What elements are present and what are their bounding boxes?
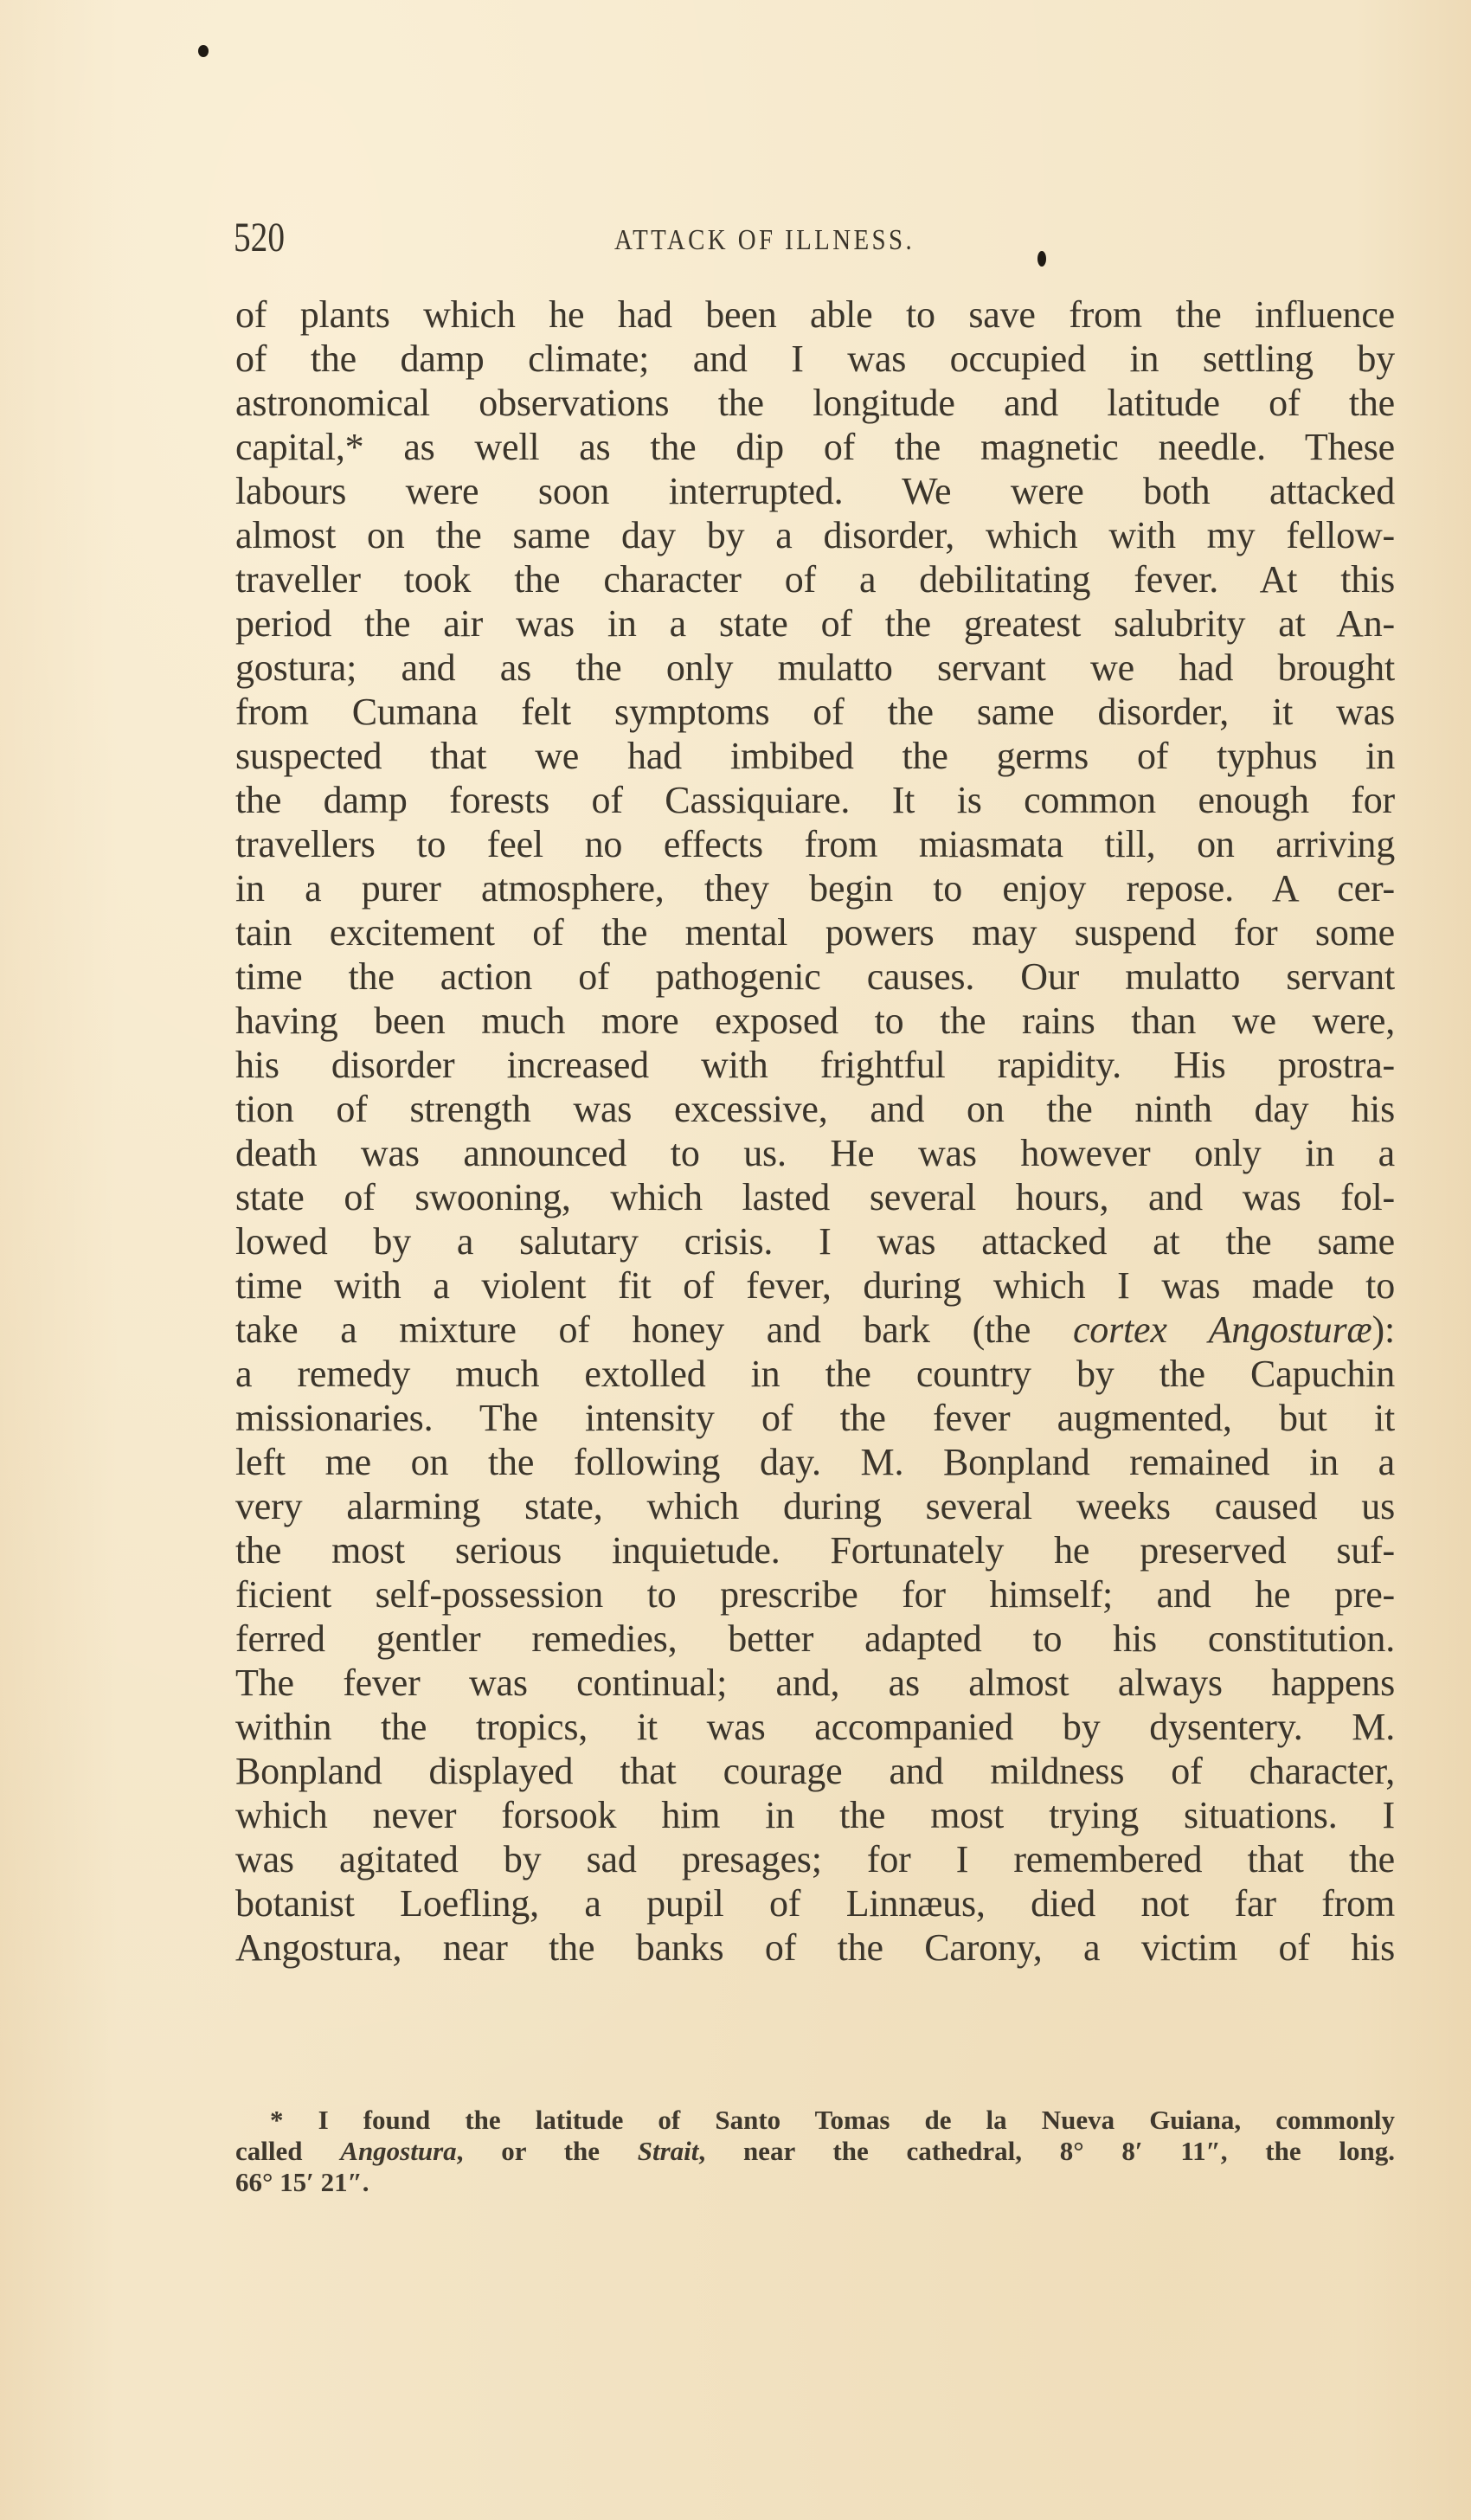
text-line: ficient self-possession to prescribe for… [235, 1572, 1395, 1617]
text-line: from Cumana felt symptoms of the same di… [235, 690, 1395, 734]
text-line: within the tropics, it was accompanied b… [235, 1705, 1395, 1749]
text-line: ferred gentler remedies, better adapted … [235, 1617, 1395, 1661]
text-segment: ): [1372, 1308, 1395, 1351]
text-line: was agitated by sad presages; for I reme… [235, 1837, 1395, 1881]
footnote-line: 66° 15′ 21″. [235, 2167, 1395, 2198]
text-line: tion of strength was excessive, and on t… [235, 1087, 1395, 1131]
running-title: ATTACK OF ILLNESS. [614, 219, 915, 262]
text-line: lowed by a salutary crisis. I was attack… [235, 1219, 1395, 1263]
running-head: 520 ATTACK OF ILLNESS. [234, 212, 1393, 264]
text-line: traveller took the character of a debili… [235, 557, 1395, 601]
text-line: the most serious inquietude. Fortunately… [235, 1528, 1395, 1572]
text-line: of the damp climate; and I was occupied … [235, 337, 1395, 381]
text-line: suspected that we had imbibed the germs … [235, 734, 1395, 778]
page-number: 520 [234, 212, 285, 264]
text-line: state of swooning, which lasted several … [235, 1175, 1395, 1219]
text-line: astronomical observations the longitude … [235, 381, 1395, 425]
text-line: which never forsook him in the most tryi… [235, 1793, 1395, 1837]
text-line: almost on the same day by a disorder, wh… [235, 513, 1395, 557]
text-line: labours were soon interrupted. We were b… [235, 469, 1395, 513]
text-line: travellers to feel no effects from miasm… [235, 822, 1395, 866]
text-line: death was announced to us. He was howeve… [235, 1131, 1395, 1175]
italic-term: Angostura [340, 2136, 456, 2166]
text-line: missionaries. The intensity of the fever… [235, 1396, 1395, 1440]
text-line: left me on the following day. M. Bonplan… [235, 1440, 1395, 1484]
text-line: gostura; and as the only mulatto servant… [235, 646, 1395, 690]
footnote-text: I found the latitude of Santo Tomas de l… [318, 2105, 1395, 2135]
body-text: of plants which he had been able to save… [235, 292, 1395, 1970]
text-line: tain excitement of the mental powers may… [235, 910, 1395, 955]
italic-term: Strait [638, 2136, 699, 2166]
text-line-with-italic: take a mixture of honey and bark (the co… [235, 1308, 1395, 1352]
text-line: of plants which he had been able to save… [235, 292, 1395, 337]
text-line: botanist Loefling, a pupil of Linnæus, d… [235, 1881, 1395, 1925]
ink-spot-top-left [198, 45, 209, 57]
text-line: The fever was continual; and, as almost … [235, 1661, 1395, 1705]
footnote-marker: * [270, 2105, 284, 2135]
footnote-text: , near the cathedral, 8° 8′ 11″, the lon… [698, 2136, 1395, 2166]
text-line: period the air was in a state of the gre… [235, 601, 1395, 646]
text-line: time the action of pathogenic causes. Ou… [235, 955, 1395, 999]
text-line: a remedy much extolled in the country by… [235, 1352, 1395, 1396]
text-line: Bonpland displayed that courage and mild… [235, 1749, 1395, 1793]
footnote-text: , or the [457, 2136, 638, 2166]
text-line: time with a violent fit of fever, during… [235, 1263, 1395, 1308]
text-line: having been much more exposed to the rai… [235, 999, 1395, 1043]
text-line: Angostura, near the banks of the Carony,… [235, 1925, 1395, 1970]
footnote-text: called [235, 2136, 340, 2166]
italic-term: cortex Angosturæ [1073, 1308, 1372, 1351]
text-segment: take a mixture of honey and bark (the [235, 1308, 1073, 1351]
text-line: very alarming state, which during severa… [235, 1484, 1395, 1528]
footnote-line: called Angostura, or the Strait, near th… [235, 2136, 1395, 2167]
footnote: * I found the latitude of Santo Tomas de… [235, 2105, 1395, 2198]
text-line: his disorder increased with frightful ra… [235, 1043, 1395, 1087]
text-line: the damp forests of Cassiquiare. It is c… [235, 778, 1395, 822]
text-line: in a purer atmosphere, they begin to enj… [235, 866, 1395, 910]
text-line: capital,* as well as the dip of the magn… [235, 425, 1395, 469]
footnote-line: * I found the latitude of Santo Tomas de… [235, 2105, 1395, 2136]
